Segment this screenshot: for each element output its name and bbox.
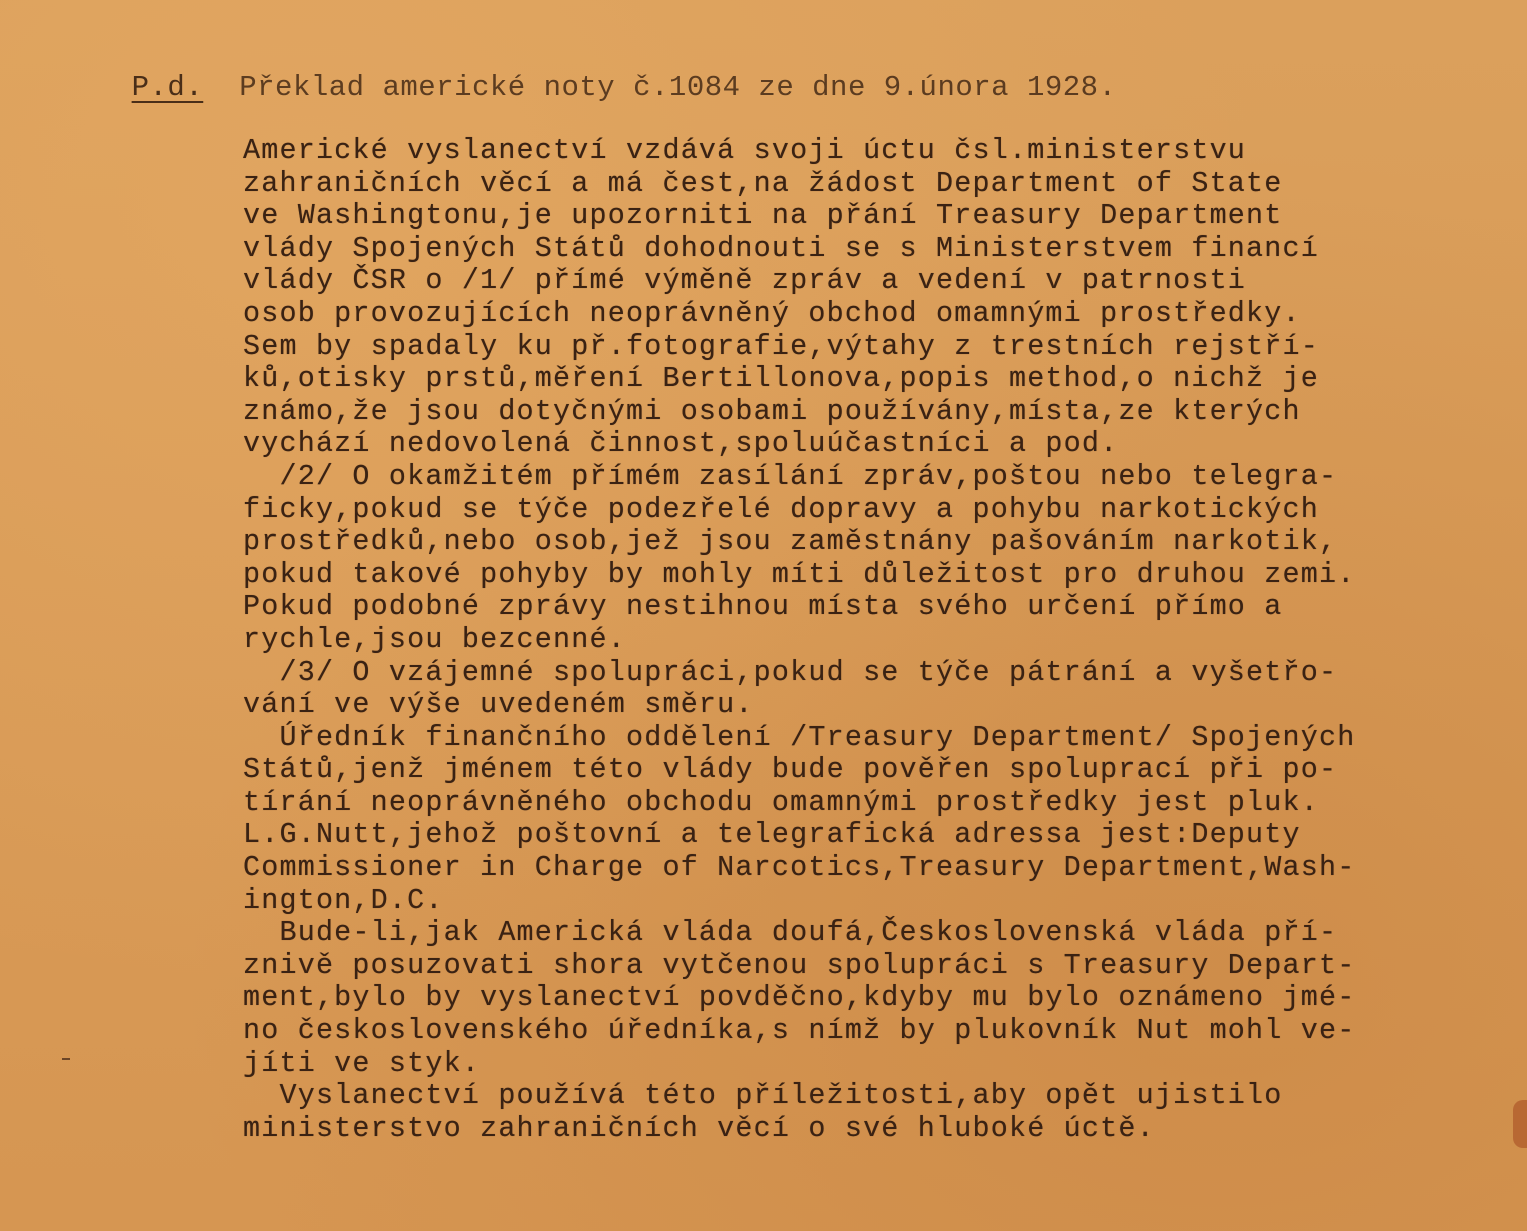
text-line: Bude-li,jak Americká vláda doufá,Českosl… [243,917,1355,950]
document-page: P.d.Překlad americké noty č.1084 ze dne … [0,0,1527,1231]
text-line: vychází nedovolená činnost,spoluúčastníc… [243,428,1355,461]
reference-mark: P.d. [132,71,204,104]
text-line: pokud takové pohyby by mohly míti důleži… [243,559,1355,592]
text-line: ve Washingtonu,je upozorniti na přání Tr… [243,200,1355,233]
text-line: známo,že jsou dotyčnými osobami používán… [243,396,1355,429]
text-line: /3/ O vzájemné spolupráci,pokud se týče … [243,657,1355,690]
text-line: Států,jenž jménem této vlády bude pověře… [243,754,1355,787]
text-line: vlády Spojených Států dohodnouti se s Mi… [243,233,1355,266]
text-line: ficky,pokud se týče podezřelé dopravy a … [243,494,1355,527]
text-line: /2/ O okamžitém přímém zasílání zpráv,po… [243,461,1355,494]
text-line: Vyslanectví používá této příležitosti,ab… [243,1080,1355,1113]
text-line: tírání neoprávněného obchodu omamnými pr… [243,787,1355,820]
text-line: osob provozujících neoprávněný obchod om… [243,298,1355,331]
document-title: Překlad americké noty č.1084 ze dne 9.ún… [239,71,1116,104]
text-line: ků,otisky prstů,měření Bertillonova,popi… [243,363,1355,396]
text-line: L.G.Nutt,jehož poštovní a telegrafická a… [243,819,1355,852]
margin-mark [62,1058,70,1060]
text-line: ministerstvo zahraničních věcí o své hlu… [243,1113,1355,1146]
text-line: no československého úředníka,s nímž by p… [243,1015,1355,1048]
text-line: Úředník finančního oddělení /Treasury De… [243,722,1355,755]
text-line: ington,D.C. [243,885,1355,918]
document-body: Americké vyslanectví vzdává svoji úctu č… [243,135,1355,1145]
text-line: jíti ve styk. [243,1048,1355,1081]
text-line: znivě posuzovati shora vytčenou spoluprá… [243,950,1355,983]
text-line: vlády ČSR o /1/ přímé výměně zpráv a ved… [243,265,1355,298]
text-line: zahraničních věcí a má čest,na žádost De… [243,168,1355,201]
text-line: ment,bylo by vyslanectví povděčno,kdyby … [243,982,1355,1015]
text-line: Commissioner in Charge of Narcotics,Trea… [243,852,1355,885]
text-line: Americké vyslanectví vzdává svoji úctu č… [243,135,1355,168]
text-line: Pokud podobné zprávy nestihnou místa své… [243,591,1355,624]
text-line: vání ve výše uvedeném směru. [243,689,1355,722]
paper-edge-stain [1513,1100,1527,1148]
text-line: rychle,jsou bezcenné. [243,624,1355,657]
text-line: Sem by spadaly ku př.fotografie,výtahy z… [243,331,1355,364]
text-line: prostředků,nebo osob,jež jsou zaměstnány… [243,526,1355,559]
document-heading: P.d.Překlad americké noty č.1084 ze dne … [60,38,1117,137]
